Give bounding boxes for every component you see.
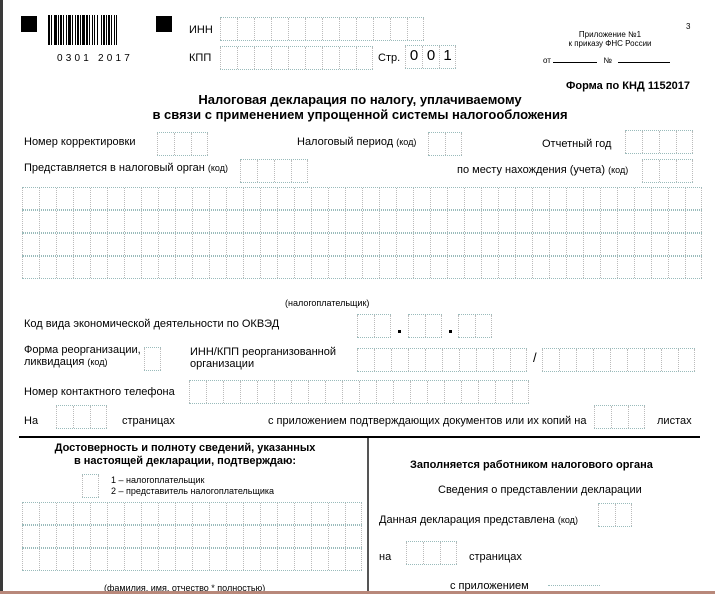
input-cell[interactable]: [515, 257, 532, 278]
input-cell[interactable]: [90, 234, 107, 255]
input-cell[interactable]: [141, 549, 158, 570]
input-cell[interactable]: [223, 381, 240, 403]
input-cell[interactable]: [22, 526, 39, 547]
reporting-year-field[interactable]: [625, 130, 693, 154]
input-cell[interactable]: [549, 188, 566, 209]
input-cell[interactable]: [141, 257, 158, 278]
input-cell[interactable]: [600, 257, 617, 278]
input-cell[interactable]: [240, 381, 257, 403]
input-cell[interactable]: [191, 133, 208, 155]
input-cell[interactable]: [226, 549, 243, 570]
input-cell[interactable]: [73, 549, 90, 570]
input-cell[interactable]: [56, 188, 73, 209]
input-cell[interactable]: [642, 160, 659, 182]
input-cell[interactable]: [294, 234, 311, 255]
input-cell[interactable]: [576, 349, 593, 371]
input-cell[interactable]: [56, 526, 73, 547]
input-cell[interactable]: [56, 211, 73, 232]
input-cell[interactable]: [158, 234, 175, 255]
input-cell[interactable]: [158, 211, 175, 232]
input-cell[interactable]: [668, 188, 685, 209]
input-cell[interactable]: [374, 349, 391, 371]
input-cell[interactable]: [481, 234, 498, 255]
input-cell[interactable]: [226, 526, 243, 547]
input-cell[interactable]: [288, 18, 305, 40]
input-cell[interactable]: [339, 47, 356, 69]
input-cell[interactable]: [668, 257, 685, 278]
input-cell[interactable]: [39, 526, 56, 547]
input-cell[interactable]: [291, 381, 308, 403]
input-cell[interactable]: [175, 526, 192, 547]
input-cell[interactable]: [82, 475, 99, 497]
input-cell[interactable]: [408, 315, 425, 337]
input-cell[interactable]: [237, 18, 254, 40]
input-cell[interactable]: [396, 257, 413, 278]
input-cell[interactable]: [406, 542, 423, 564]
input-cell[interactable]: [141, 234, 158, 255]
input-cell[interactable]: [583, 234, 600, 255]
input-cell[interactable]: [141, 188, 158, 209]
input-cell[interactable]: [311, 211, 328, 232]
input-cell[interactable]: [175, 503, 192, 524]
input-cell[interactable]: [611, 406, 628, 428]
input-cell[interactable]: [515, 211, 532, 232]
input-cell[interactable]: [651, 234, 668, 255]
input-cell[interactable]: [260, 549, 277, 570]
input-row[interactable]: [22, 233, 702, 256]
input-cell[interactable]: [22, 234, 39, 255]
input-cell[interactable]: [634, 188, 651, 209]
input-cell[interactable]: [376, 381, 393, 403]
input-cell[interactable]: [430, 211, 447, 232]
input-cell[interactable]: [260, 526, 277, 547]
okved-field-part1[interactable]: [357, 314, 391, 338]
input-cell[interactable]: [410, 381, 427, 403]
input-cell[interactable]: [73, 406, 90, 428]
input-cell[interactable]: [345, 549, 362, 570]
input-cell[interactable]: [22, 549, 39, 570]
input-cell[interactable]: [220, 47, 237, 69]
input-cell[interactable]: [73, 503, 90, 524]
input-cell[interactable]: [459, 349, 476, 371]
input-row[interactable]: [22, 525, 362, 548]
input-cell[interactable]: [107, 526, 124, 547]
pages-count-field[interactable]: [56, 405, 107, 429]
input-cell[interactable]: [175, 234, 192, 255]
input-cell[interactable]: [271, 18, 288, 40]
input-cell[interactable]: [277, 257, 294, 278]
input-cell[interactable]: [56, 257, 73, 278]
input-cell[interactable]: [610, 349, 627, 371]
input-cell[interactable]: [345, 257, 362, 278]
input-cell[interactable]: [475, 315, 492, 337]
input-cell[interactable]: [464, 188, 481, 209]
input-cell[interactable]: [158, 503, 175, 524]
input-cell[interactable]: [209, 234, 226, 255]
input-cell[interactable]: [175, 188, 192, 209]
input-cell[interactable]: [90, 257, 107, 278]
input-cell[interactable]: [328, 503, 345, 524]
input-cell[interactable]: [678, 349, 695, 371]
input-cell[interactable]: [107, 549, 124, 570]
input-cell[interactable]: [226, 234, 243, 255]
input-cell[interactable]: [141, 211, 158, 232]
input-cell[interactable]: [260, 188, 277, 209]
input-cell[interactable]: [209, 526, 226, 547]
input-cell[interactable]: [407, 18, 424, 40]
input-cell[interactable]: [260, 257, 277, 278]
signer-type-field[interactable]: [82, 474, 99, 498]
sheets-count-field[interactable]: [594, 405, 645, 429]
input-cell[interactable]: [357, 315, 374, 337]
input-row[interactable]: [22, 210, 702, 233]
input-cell[interactable]: [440, 542, 457, 564]
input-cell[interactable]: [311, 526, 328, 547]
input-row[interactable]: [22, 256, 702, 279]
input-cell[interactable]: [634, 257, 651, 278]
input-cell[interactable]: [277, 234, 294, 255]
input-cell[interactable]: [600, 188, 617, 209]
input-cell[interactable]: [274, 160, 291, 182]
input-cell[interactable]: [498, 257, 515, 278]
input-cell[interactable]: [144, 348, 161, 370]
input-cell[interactable]: [676, 160, 693, 182]
input-cell[interactable]: 1: [439, 46, 456, 68]
input-cell[interactable]: [685, 234, 702, 255]
input-cell[interactable]: [240, 160, 257, 182]
input-cell[interactable]: [271, 47, 288, 69]
input-cell[interactable]: [617, 257, 634, 278]
input-cell[interactable]: [322, 18, 339, 40]
input-cell[interactable]: [175, 257, 192, 278]
input-cell[interactable]: [373, 18, 390, 40]
input-cell[interactable]: [192, 503, 209, 524]
input-cell[interactable]: [481, 211, 498, 232]
input-cell[interactable]: [510, 349, 527, 371]
input-cell[interactable]: [396, 234, 413, 255]
input-cell[interactable]: [107, 257, 124, 278]
input-cell[interactable]: [642, 131, 659, 153]
input-cell[interactable]: [447, 257, 464, 278]
tax-period-field[interactable]: [428, 132, 462, 156]
input-cell[interactable]: [124, 257, 141, 278]
input-cell[interactable]: [277, 549, 294, 570]
input-cell[interactable]: [192, 257, 209, 278]
input-cell[interactable]: [379, 257, 396, 278]
input-cell[interactable]: [107, 188, 124, 209]
input-cell[interactable]: [107, 211, 124, 232]
input-cell[interactable]: [345, 188, 362, 209]
input-cell[interactable]: [425, 315, 442, 337]
input-cell[interactable]: [374, 315, 391, 337]
input-cell[interactable]: [628, 406, 645, 428]
input-cell[interactable]: [476, 349, 493, 371]
input-cell[interactable]: 0: [405, 46, 422, 68]
input-cell[interactable]: [549, 257, 566, 278]
input-cell[interactable]: [342, 381, 359, 403]
input-cell[interactable]: [189, 381, 206, 403]
input-cell[interactable]: [495, 381, 512, 403]
input-cell[interactable]: [39, 549, 56, 570]
input-cell[interactable]: [512, 381, 529, 403]
input-cell[interactable]: [288, 47, 305, 69]
input-cell[interactable]: [464, 257, 481, 278]
input-cell[interactable]: [39, 503, 56, 524]
input-cell[interactable]: [73, 234, 90, 255]
input-cell[interactable]: [243, 257, 260, 278]
input-cell[interactable]: [593, 349, 610, 371]
input-cell[interactable]: [209, 549, 226, 570]
input-cell[interactable]: [617, 211, 634, 232]
input-cell[interactable]: [423, 542, 440, 564]
input-cell[interactable]: [294, 188, 311, 209]
input-cell[interactable]: [56, 406, 73, 428]
input-cell[interactable]: [243, 526, 260, 547]
input-cell[interactable]: [206, 381, 223, 403]
input-cell[interactable]: [566, 257, 583, 278]
input-cell[interactable]: [615, 504, 632, 526]
input-cell[interactable]: [461, 381, 478, 403]
input-cell[interactable]: [668, 234, 685, 255]
input-cell[interactable]: [90, 188, 107, 209]
page-number-field[interactable]: 001: [405, 45, 456, 69]
input-cell[interactable]: [685, 188, 702, 209]
input-cell[interactable]: [277, 503, 294, 524]
input-cell[interactable]: [22, 257, 39, 278]
input-cell[interactable]: [73, 188, 90, 209]
office-attachment-field[interactable]: [548, 585, 600, 586]
input-cell[interactable]: [430, 257, 447, 278]
input-cell[interactable]: [22, 503, 39, 524]
input-cell[interactable]: [328, 188, 345, 209]
input-cell[interactable]: [209, 257, 226, 278]
input-cell[interactable]: [157, 133, 174, 155]
input-cell[interactable]: [634, 234, 651, 255]
input-cell[interactable]: [425, 349, 442, 371]
input-cell[interactable]: [498, 211, 515, 232]
input-cell[interactable]: [339, 18, 356, 40]
input-cell[interactable]: [260, 211, 277, 232]
input-cell[interactable]: [583, 188, 600, 209]
input-cell[interactable]: [311, 549, 328, 570]
input-cell[interactable]: [532, 234, 549, 255]
input-cell[interactable]: [430, 234, 447, 255]
input-cell[interactable]: [447, 211, 464, 232]
input-cell[interactable]: [124, 526, 141, 547]
input-cell[interactable]: [294, 549, 311, 570]
input-cell[interactable]: [141, 526, 158, 547]
input-cell[interactable]: [277, 526, 294, 547]
input-cell[interactable]: [90, 549, 107, 570]
input-cell[interactable]: [243, 234, 260, 255]
input-cell[interactable]: [532, 211, 549, 232]
input-cell[interactable]: [447, 234, 464, 255]
input-cell[interactable]: [498, 234, 515, 255]
input-cell[interactable]: [158, 549, 175, 570]
input-cell[interactable]: [174, 133, 191, 155]
input-cell[interactable]: [362, 257, 379, 278]
input-cell[interactable]: [243, 188, 260, 209]
input-cell[interactable]: [445, 133, 462, 155]
input-cell[interactable]: [141, 503, 158, 524]
input-cell[interactable]: [209, 211, 226, 232]
input-cell[interactable]: [627, 349, 644, 371]
input-cell[interactable]: [391, 349, 408, 371]
input-cell[interactable]: [685, 257, 702, 278]
input-cell[interactable]: [408, 349, 425, 371]
input-cell[interactable]: [549, 234, 566, 255]
office-pages-field[interactable]: [406, 541, 457, 565]
input-cell[interactable]: [464, 234, 481, 255]
input-cell[interactable]: [549, 211, 566, 232]
input-cell[interactable]: [359, 381, 376, 403]
input-cell[interactable]: [226, 211, 243, 232]
location-field[interactable]: [642, 159, 693, 183]
input-cell[interactable]: [600, 211, 617, 232]
input-row[interactable]: [22, 502, 362, 525]
input-cell[interactable]: [22, 211, 39, 232]
input-cell[interactable]: [90, 503, 107, 524]
reorg-kpp-field[interactable]: [542, 348, 695, 372]
input-cell[interactable]: [325, 381, 342, 403]
input-cell[interactable]: [583, 257, 600, 278]
input-cell[interactable]: [345, 526, 362, 547]
input-cell[interactable]: [498, 188, 515, 209]
input-cell[interactable]: [625, 131, 642, 153]
input-cell[interactable]: [362, 188, 379, 209]
input-cell[interactable]: [328, 526, 345, 547]
input-cell[interactable]: [442, 349, 459, 371]
input-cell[interactable]: [659, 160, 676, 182]
input-cell[interactable]: [107, 234, 124, 255]
input-cell[interactable]: [257, 160, 274, 182]
input-cell[interactable]: [226, 257, 243, 278]
input-cell[interactable]: [277, 188, 294, 209]
input-cell[interactable]: [413, 234, 430, 255]
input-cell[interactable]: [566, 234, 583, 255]
input-cell[interactable]: [362, 211, 379, 232]
input-cell[interactable]: [428, 133, 445, 155]
input-cell[interactable]: [651, 257, 668, 278]
input-cell[interactable]: [413, 211, 430, 232]
input-cell[interactable]: [22, 188, 39, 209]
input-cell[interactable]: [260, 503, 277, 524]
input-cell[interactable]: [39, 234, 56, 255]
input-cell[interactable]: [617, 188, 634, 209]
input-cell[interactable]: [192, 526, 209, 547]
input-cell[interactable]: [413, 257, 430, 278]
input-cell[interactable]: [192, 549, 209, 570]
input-cell[interactable]: [379, 234, 396, 255]
input-cell[interactable]: [294, 526, 311, 547]
input-cell[interactable]: [413, 188, 430, 209]
input-cell[interactable]: [345, 503, 362, 524]
input-cell[interactable]: [90, 526, 107, 547]
input-cell[interactable]: [305, 47, 322, 69]
input-cell[interactable]: [243, 503, 260, 524]
input-cell[interactable]: [600, 234, 617, 255]
input-cell[interactable]: [634, 211, 651, 232]
input-cell[interactable]: [311, 503, 328, 524]
input-cell[interactable]: [274, 381, 291, 403]
input-cell[interactable]: [481, 257, 498, 278]
input-cell[interactable]: [124, 188, 141, 209]
input-cell[interactable]: [328, 549, 345, 570]
okved-field-part3[interactable]: [458, 314, 492, 338]
input-cell[interactable]: [532, 257, 549, 278]
input-cell[interactable]: [124, 549, 141, 570]
input-cell[interactable]: [393, 381, 410, 403]
input-cell[interactable]: [345, 211, 362, 232]
input-cell[interactable]: [515, 234, 532, 255]
input-cell[interactable]: [175, 549, 192, 570]
input-cell[interactable]: [192, 211, 209, 232]
input-cell[interactable]: [73, 211, 90, 232]
input-cell[interactable]: [311, 188, 328, 209]
input-cell[interactable]: [311, 234, 328, 255]
input-cell[interactable]: [430, 188, 447, 209]
input-cell[interactable]: [158, 188, 175, 209]
input-cell[interactable]: [124, 503, 141, 524]
input-cell[interactable]: [444, 381, 461, 403]
input-cell[interactable]: [226, 503, 243, 524]
input-cell[interactable]: [427, 381, 444, 403]
input-cell[interactable]: [158, 257, 175, 278]
input-cell[interactable]: [56, 234, 73, 255]
input-cell[interactable]: [583, 211, 600, 232]
input-cell[interactable]: [260, 234, 277, 255]
input-cell[interactable]: [124, 234, 141, 255]
input-cell[interactable]: [566, 211, 583, 232]
input-cell[interactable]: [254, 18, 271, 40]
input-cell[interactable]: [481, 188, 498, 209]
input-cell[interactable]: [175, 211, 192, 232]
input-cell[interactable]: [226, 188, 243, 209]
input-cell[interactable]: [56, 549, 73, 570]
input-cell[interactable]: [379, 211, 396, 232]
input-cell[interactable]: [328, 211, 345, 232]
input-cell[interactable]: [345, 234, 362, 255]
input-cell[interactable]: [90, 211, 107, 232]
input-cell[interactable]: [294, 257, 311, 278]
input-cell[interactable]: [39, 211, 56, 232]
input-cell[interactable]: [243, 211, 260, 232]
input-cell[interactable]: [676, 131, 693, 153]
input-cell[interactable]: [209, 503, 226, 524]
input-cell[interactable]: [542, 349, 559, 371]
input-cell[interactable]: [291, 160, 308, 182]
input-cell[interactable]: [158, 526, 175, 547]
input-cell[interactable]: [192, 188, 209, 209]
input-cell[interactable]: [322, 47, 339, 69]
input-cell[interactable]: [396, 188, 413, 209]
inn-field[interactable]: [220, 17, 424, 41]
kpp-field[interactable]: [220, 46, 373, 70]
input-cell[interactable]: [294, 211, 311, 232]
input-cell[interactable]: [685, 211, 702, 232]
input-cell[interactable]: [73, 526, 90, 547]
input-cell[interactable]: [308, 381, 325, 403]
input-cell[interactable]: [396, 211, 413, 232]
input-cell[interactable]: [532, 188, 549, 209]
input-cell[interactable]: [39, 188, 56, 209]
input-cell[interactable]: [659, 131, 676, 153]
input-cell[interactable]: [90, 406, 107, 428]
input-cell[interactable]: [305, 18, 322, 40]
input-cell[interactable]: [493, 349, 510, 371]
input-cell[interactable]: [294, 503, 311, 524]
input-cell[interactable]: [598, 504, 615, 526]
